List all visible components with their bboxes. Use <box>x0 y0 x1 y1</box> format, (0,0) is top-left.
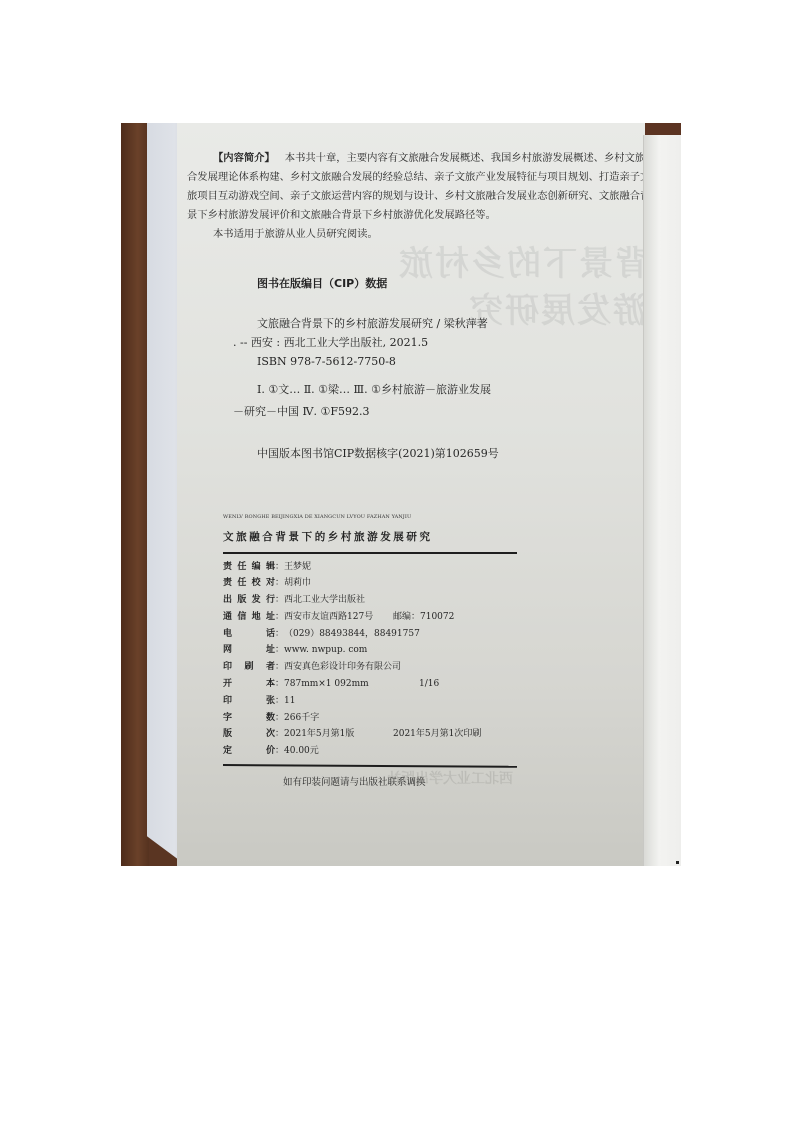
spec-label: 版 次 <box>223 726 275 743</box>
cip-classification: Ⅰ. ①文… Ⅱ. ①梁… Ⅲ. ①乡村旅游－旅游业发展 －研究－中国 Ⅳ. ①… <box>233 379 491 423</box>
format-fraction: 1/16 <box>419 676 439 693</box>
spec-value: 西安市友谊西路127号 <box>284 609 373 626</box>
postal-code: 邮编：710072 <box>393 609 454 626</box>
spec-row-printer: 印 刷 者：西安真色彩设计印务有限公司 <box>223 659 519 676</box>
spec-label: 通信地址 <box>223 609 275 626</box>
spec-row-proofreader: 责任校对：胡莉巾 <box>223 575 519 592</box>
book-title: 文旅融合背景下的乡村旅游发展研究 <box>223 529 519 544</box>
spec-value: 40.00元 <box>284 743 319 760</box>
spec-value: 266千字 <box>284 710 319 727</box>
spec-row-format: 开 本：787mm×1 092mm 1/16 <box>223 676 519 693</box>
cip-classification-line-2: －研究－中国 Ⅳ. ①F592.3 <box>233 401 491 423</box>
cip-classification-line-1: Ⅰ. ①文… Ⅱ. ①梁… Ⅲ. ①乡村旅游－旅游业发展 <box>233 379 491 401</box>
wooden-desk-edge <box>121 123 149 866</box>
spec-row-edition: 版 次：2021年5月第1版 2021年5月第1次印刷 <box>223 726 519 743</box>
corner-mark <box>676 861 679 864</box>
summary-line-4: 景下乡村旅游发展评价和文旅融合背景下乡村旅游优化发展路径等。 <box>187 206 607 225</box>
cip-isbn: ISBN 978-7-5612-7750-8 <box>233 352 488 371</box>
summary-line-1: 【内容简介】本书共十章，主要内容有文旅融合发展概述、我国乡村旅游发展概述、乡村文… <box>187 149 607 168</box>
binding-issue-note: 如有印装问题请与出版社联系调换 <box>223 774 519 788</box>
copyright-page: 文旅融合背景下的乡村旅 游发展研究 西北工业大学出版社 【内容简介】本书共十章，… <box>177 123 645 866</box>
spec-label: 印 刷 者 <box>223 659 275 676</box>
spec-value: 787mm×1 092mm <box>284 676 369 693</box>
spec-row-price: 定 价：40.00元 <box>223 743 519 760</box>
spec-value: www. nwpup. com <box>284 642 367 659</box>
spec-row-publisher: 出版发行：西北工业大学出版社 <box>223 592 519 609</box>
summary-tag: 【内容简介】 <box>213 152 275 164</box>
spec-value: 2021年5月第1版 <box>284 726 354 743</box>
spec-value: 西北工业大学出版社 <box>284 592 365 609</box>
printing-info: 2021年5月第1次印刷 <box>393 726 481 743</box>
summary-text-1: 本书共十章，主要内容有文旅融合发展概述、我国乡村旅游发展概述、乡村文旅融 <box>285 149 656 168</box>
spec-label: 字 数 <box>223 710 275 727</box>
book-photo: 文旅融合背景下的乡村旅 游发展研究 西北工业大学出版社 【内容简介】本书共十章，… <box>121 123 681 866</box>
cip-heading: 图书在版编目（CIP）数据 <box>257 275 387 291</box>
facing-page-edge <box>643 135 681 866</box>
summary-line-2: 合发展理论体系构建、乡村文旅融合发展的经验总结、亲子文旅产业发展特征与项目规划、… <box>187 168 607 187</box>
spec-row-word-count: 字 数：266千字 <box>223 710 519 727</box>
spec-row-phone: 电 话：（029）88493844，88491757 <box>223 626 519 643</box>
spec-label: 网 址 <box>223 642 275 659</box>
cip-approval-number: 中国版本图书馆CIP数据核字(2021)第102659号 <box>257 445 499 461</box>
summary-line-3: 旅项目互动游戏空间、亲子文旅运营内容的规划与设计、乡村文旅融合发展业态创新研究、… <box>187 187 607 206</box>
spec-label: 电 话 <box>223 626 275 643</box>
cip-publisher-line: . -- 西安 : 西北工业大学出版社, 2021.5 <box>233 333 488 352</box>
spec-label: 责任编辑 <box>223 559 275 576</box>
content-summary: 【内容简介】本书共十章，主要内容有文旅融合发展概述、我国乡村旅游发展概述、乡村文… <box>187 149 607 244</box>
summary-audience: 本书适用于旅游从业人员研究阅读。 <box>187 225 607 244</box>
colophon: WENLV RONGHE BEIJINGXIA DE XIANGCUN LVYO… <box>223 514 519 788</box>
spec-row-editor: 责任编辑：王梦妮 <box>223 559 519 576</box>
publication-specs: 责任编辑：王梦妮 责任校对：胡莉巾 出版发行：西北工业大学出版社 通信地址：西安… <box>223 559 519 761</box>
spec-value: （029）88493844，88491757 <box>284 626 420 643</box>
spec-row-address: 通信地址：西安市友谊西路127号 邮编：710072 <box>223 609 519 626</box>
spec-value: 胡莉巾 <box>284 575 311 592</box>
bottom-rule <box>223 764 517 767</box>
bleed-through-title-line-2: 游发展研究 <box>467 283 647 332</box>
spec-label: 责任校对 <box>223 575 275 592</box>
spec-label: 出版发行 <box>223 592 275 609</box>
spec-label: 定 价 <box>223 743 275 760</box>
spec-row-website: 网 址：www. nwpup. com <box>223 642 519 659</box>
top-rule <box>223 552 517 554</box>
spec-value: 11 <box>284 693 295 710</box>
cip-title-line: 文旅融合背景下的乡村旅游发展研究 / 梁秋萍著 <box>233 314 488 333</box>
spec-value: 西安真色彩设计印务有限公司 <box>284 659 401 676</box>
spec-label: 印 张 <box>223 693 275 710</box>
cip-record: 文旅融合背景下的乡村旅游发展研究 / 梁秋萍著 . -- 西安 : 西北工业大学… <box>233 314 488 371</box>
spec-label: 开 本 <box>223 676 275 693</box>
spec-row-sheets: 印 张：11 <box>223 693 519 710</box>
spec-value: 王梦妮 <box>284 559 311 576</box>
pinyin-title: WENLV RONGHE BEIJINGXIA DE XIANGCUN LVYO… <box>223 514 519 520</box>
